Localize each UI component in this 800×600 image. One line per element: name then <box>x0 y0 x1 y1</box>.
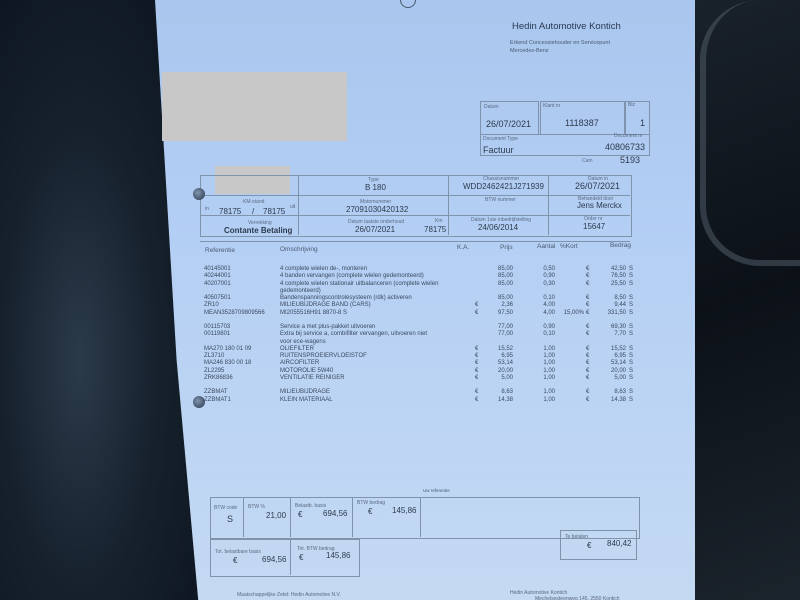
cell-cur: € <box>586 295 594 301</box>
btw-label: BTW nummer <box>485 197 516 203</box>
cell-code: S <box>629 273 635 279</box>
cell-ka: € <box>475 389 485 395</box>
km2-label: Km <box>435 218 443 224</box>
cell-amount: 25,50 <box>598 281 626 287</box>
cell-code: S <box>629 281 635 287</box>
cell-amount: 53,14 <box>598 360 626 366</box>
cell-amount: 6,95 <box>598 353 626 359</box>
cell-desc: MI2055516H91 8870-8 S <box>280 310 460 316</box>
page-number: 1 <box>640 118 645 128</box>
cell-price: 5,00 <box>488 375 513 381</box>
vat-amount: 145,86 <box>392 506 416 515</box>
cell-ref: MEAN3528709809566 <box>204 310 279 316</box>
cell-ref: ZZBMAT <box>204 389 279 395</box>
cell-cur: € <box>586 281 594 287</box>
cell-price: 2,36 <box>488 302 513 308</box>
cell-desc: RUITENSPROEIERVLOEISTOF <box>280 353 460 359</box>
cell-qty: 0,90 <box>535 273 555 279</box>
first-registration-date: 24/06/2014 <box>478 223 518 232</box>
document-type: Factuur <box>483 145 514 155</box>
client-label: Klant nr <box>543 103 560 109</box>
docnr-label: Document nr <box>614 133 643 139</box>
cell-qty: 1,00 <box>535 375 555 381</box>
km-out-label: uit <box>290 204 295 210</box>
cell-code: S <box>629 375 635 381</box>
vat-code: S <box>227 514 233 524</box>
cell-cur: € <box>586 397 594 403</box>
cell-amount: 42,50 <box>598 266 626 272</box>
cell-qty: 0,90 <box>535 324 555 330</box>
cell-price: 53,14 <box>488 360 513 366</box>
cell-desc: KLEIN MATERIAAL <box>280 397 460 403</box>
cell-qty: 1,00 <box>535 389 555 395</box>
order-number: 15647 <box>583 222 605 231</box>
cell-code: S <box>629 266 635 272</box>
cell-cur: € <box>586 353 594 359</box>
cell-ref: ZL3710 <box>204 353 279 359</box>
cell-ref: ZRK86836 <box>204 375 279 381</box>
cell-desc: 4 banden vervangen (complete wielen gede… <box>280 273 460 279</box>
cell-qty: 0,10 <box>535 295 555 301</box>
cell-price: 8,63 <box>488 389 513 395</box>
cell-ka: € <box>475 346 485 352</box>
total-vat: 145,86 <box>326 551 350 560</box>
km-out: 78175 <box>263 207 285 216</box>
cell-amount: 9,44 <box>598 302 626 308</box>
cell-code: S <box>629 310 635 316</box>
cell-desc: MILIEUBIJDRAGE <box>280 389 460 395</box>
cell-desc: MOTOROLIE 5W40 <box>280 368 460 374</box>
cell-cur: € <box>586 346 594 352</box>
cell-code: S <box>629 324 635 330</box>
page-label: Blz <box>628 102 635 108</box>
cell-ka: € <box>475 360 485 366</box>
invoice-date: 26/07/2021 <box>486 119 531 129</box>
cell-cur: € <box>586 310 594 316</box>
cell-amount: 15,52 <box>598 346 626 352</box>
cell-cur: € <box>586 389 594 395</box>
company-name: Hedin Automotive Kontich <box>512 21 621 32</box>
header-price: Prijs <box>500 244 513 251</box>
footer-address: Mechelsesteenweg 145, 2550 Kontich <box>535 596 620 600</box>
cell-ref: 40207001 <box>204 281 279 287</box>
cell-price: 6,95 <box>488 353 513 359</box>
header-description: Omschrijving <box>280 246 318 253</box>
doctype-label: Document Type <box>483 136 518 142</box>
cell-code: S <box>629 295 635 301</box>
cell-ref: ZZBMAT1 <box>204 397 279 403</box>
date-label: Datum <box>484 104 499 110</box>
payment-method: Contante Betaling <box>224 226 292 235</box>
cell-qty: 1,00 <box>535 360 555 366</box>
cell-ref: 00115703 <box>204 324 279 330</box>
cell-ka: € <box>475 368 485 374</box>
vat-amount-label: BTW bedrag <box>357 500 385 506</box>
vat-pct-label: BTW % <box>248 504 265 510</box>
cell-price: 14,38 <box>488 397 513 403</box>
cell-amount: 7,70 <box>598 331 626 337</box>
cell-amount: 331,50 <box>598 310 626 316</box>
cell-cur: € <box>586 302 594 308</box>
cell-cur: € <box>586 273 594 279</box>
cell-ka: € <box>475 375 485 381</box>
cell-desc: MILIEUBIJDRAGE BAND (CARS) <box>280 302 460 308</box>
cell-desc: Bandenspanningscontrolesysteem (rdk) act… <box>280 295 460 301</box>
cell-ref: 40507501 <box>204 295 279 301</box>
cell-code: S <box>629 368 635 374</box>
total-base-label: Tot. belastbare basis <box>215 549 261 555</box>
header-amount: Bedrag <box>610 242 631 249</box>
cell-price: 15,52 <box>488 346 513 352</box>
total-taxable-base: 694,56 <box>262 555 286 564</box>
company-brand: Mercedes-Benz <box>510 48 549 54</box>
cell-desc: Extra bij service a, combifilter vervang… <box>280 331 460 337</box>
cell-code: S <box>629 331 635 337</box>
cell-desc: Service a met plus-pakket uitvoeren <box>280 324 460 330</box>
cell-code: S <box>629 360 635 366</box>
header-quantity: Aantal <box>537 243 555 250</box>
km2-value: 78175 <box>424 225 446 234</box>
cell-amount: 14,38 <box>598 397 626 403</box>
binder-hole <box>193 188 205 200</box>
cell-ref: 40145001 <box>204 266 279 272</box>
cell-price: 77,00 <box>488 331 513 337</box>
chassis-number: WDD2462421J271939 <box>463 182 544 191</box>
cell-qty: 4,00 <box>535 302 555 308</box>
amount-due: 840,42 <box>607 539 631 548</box>
total-vat-currency: € <box>299 553 303 562</box>
taxable-base-label: Belastb. basis <box>295 503 326 509</box>
cell-amount: 8,50 <box>598 295 626 301</box>
motor-number: 27091030420132 <box>346 205 408 214</box>
cell-ref: ZR10 <box>204 302 279 308</box>
cell-price: 85,00 <box>488 266 513 272</box>
footer-registered-office: Maatschappelijke Zetel: Hedin Automotive… <box>237 592 341 598</box>
cell-desc: 4 complete wielen de-, monteren <box>280 266 460 272</box>
cell-desc: 4 complete wielen stationair uitbalancer… <box>280 281 460 287</box>
vat-percentage: 21,00 <box>266 511 286 520</box>
steering-wheel-rim <box>700 0 800 266</box>
cell-qty: 0,50 <box>535 266 555 272</box>
cell-disc: 15,00% <box>556 310 584 316</box>
cell-price: 85,00 <box>488 273 513 279</box>
redacted-address <box>162 72 347 141</box>
reference-label: Uw referentie <box>423 488 450 493</box>
company-subtitle: Erkend Concessiehouder en Servicepunt <box>510 40 610 46</box>
cell-desc: OLIEFILTER <box>280 346 460 352</box>
cell-qty: 0,10 <box>535 331 555 337</box>
document-number: 40806733 <box>605 142 645 152</box>
cell-price: 20,00 <box>488 368 513 374</box>
cell-cur: € <box>586 375 594 381</box>
cell-ref: 40244001 <box>204 273 279 279</box>
cell-cur: € <box>586 360 594 366</box>
cell-qty: 4,00 <box>535 310 555 316</box>
cell-qty: 1,00 <box>535 353 555 359</box>
km-separator: / <box>252 207 254 216</box>
cell-code: S <box>629 302 635 308</box>
binder-hole <box>193 396 205 408</box>
cam-label: Cam <box>582 158 593 164</box>
header-ka: K.A. <box>457 244 469 251</box>
client-number: 1118387 <box>565 118 599 128</box>
cell-qty: 1,00 <box>535 368 555 374</box>
header-reference: Referentie <box>205 247 235 254</box>
cell-cur: € <box>586 324 594 330</box>
cam-value: 5193 <box>620 155 640 165</box>
cell-qty: 1,00 <box>535 346 555 352</box>
taxable-base: 694,56 <box>323 509 347 518</box>
cell-ka: € <box>475 397 485 403</box>
cell-price: 97,50 <box>488 310 513 316</box>
header-discount: %Kort <box>560 243 578 250</box>
cell-qty: 0,30 <box>535 281 555 287</box>
cell-price: 77,00 <box>488 324 513 330</box>
vat-code-label: BTW code <box>214 505 237 511</box>
cell-code: S <box>629 397 635 403</box>
cell-code: S <box>629 389 635 395</box>
km-in-label: in <box>205 206 209 212</box>
km-label: KM-stand <box>243 199 264 205</box>
cell-price: 85,00 <box>488 295 513 301</box>
cell-ref: ZL2295 <box>204 368 279 374</box>
cell-code: S <box>629 346 635 352</box>
cell-ref: MA270 180 01 09 <box>204 346 279 352</box>
cell-cur: € <box>586 331 594 337</box>
vehicle-type: B 180 <box>365 183 386 192</box>
km-in: 78175 <box>219 207 241 216</box>
cell-desc: voor ece-wagens <box>280 339 460 345</box>
cell-ref: MA246 830 00 18 <box>204 360 279 366</box>
cell-desc: AIRCOFILTER <box>280 360 460 366</box>
cell-ka: € <box>475 310 485 316</box>
cell-desc: VENTILATIE REINIGER <box>280 375 460 381</box>
cell-amount: 76,50 <box>598 273 626 279</box>
amount-due-currency: € <box>587 541 591 550</box>
amount-due-label: Te betalen <box>565 534 588 540</box>
cell-amount: 5,00 <box>598 375 626 381</box>
last-maintenance-date: 26/07/2021 <box>355 225 395 234</box>
cell-ref: 00119801 <box>204 331 279 337</box>
cell-ka: € <box>475 353 485 359</box>
cell-code: S <box>629 353 635 359</box>
cell-qty: 1,00 <box>535 397 555 403</box>
taxable-base-currency: € <box>298 510 302 519</box>
cell-cur: € <box>586 266 594 272</box>
vat-amount-currency: € <box>368 507 372 516</box>
total-base-currency: € <box>233 556 237 565</box>
cell-cur: € <box>586 368 594 374</box>
date-in: 26/07/2021 <box>575 181 620 191</box>
cell-amount: 69,30 <box>598 324 626 330</box>
cell-desc: gedemonteerd) <box>280 288 460 294</box>
cell-ka: € <box>475 302 485 308</box>
handled-by: Jens Merckx <box>577 201 622 210</box>
cell-amount: 20,00 <box>598 368 626 374</box>
cell-price: 85,00 <box>488 281 513 287</box>
cell-amount: 8,63 <box>598 389 626 395</box>
